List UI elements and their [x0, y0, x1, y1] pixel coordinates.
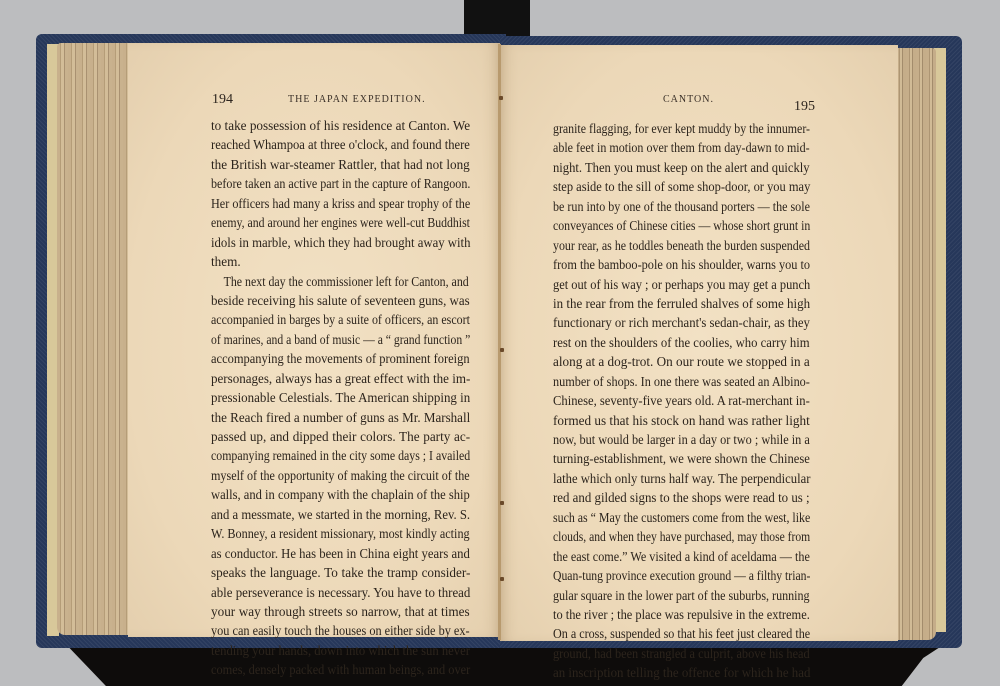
text-line: gular square in the lower part of the su…	[553, 586, 788, 605]
text-line: able perseverance is necessary. You have…	[211, 583, 464, 602]
stitch-mark	[499, 96, 503, 100]
text-line: before taken an active part in the captu…	[211, 174, 448, 193]
text-line: accompanying the movements of prominent …	[211, 349, 456, 368]
stitch-mark	[500, 501, 504, 505]
page-edges-left	[57, 43, 129, 635]
text-line: comes, densely packed with human beings,…	[211, 660, 453, 679]
text-line: accompanied in barges by a suite of offi…	[211, 310, 446, 329]
text-line: your way through streets so narrow, that…	[211, 602, 470, 621]
text-line: The next day the commissioner left for C…	[211, 272, 444, 291]
text-line: the British war-steamer Rattler, that ha…	[211, 155, 470, 174]
text-line: you can easily touch the houses on eithe…	[211, 621, 452, 640]
page-number-right: 195	[794, 99, 815, 115]
text-line: to the river ; the place was repulsive i…	[553, 605, 795, 624]
text-line: get out of his way ; or perhaps you may …	[553, 275, 795, 294]
text-line: Chinese, seventy-five years old. A rat-m…	[553, 391, 799, 410]
page-edges-right	[896, 48, 936, 640]
text-line: conveyances of Chinese cities — whose sh…	[553, 216, 784, 235]
text-line: myself of the opportunity of making the …	[211, 466, 449, 485]
text-line: and a messmate, we started in the mornin…	[211, 505, 460, 524]
stitch-mark	[500, 577, 504, 581]
book-scan: 194 THE JAPAN EXPEDITION. CANTON. 195 to…	[0, 0, 1000, 686]
text-line: able feet in motion over them from day-d…	[553, 138, 787, 157]
text-line: granite flagging, for ever kept muddy by…	[553, 119, 785, 138]
text-line: Her officers had many a kriss and spear …	[211, 194, 451, 213]
text-line: W. Bonney, a resident missionary, most k…	[211, 524, 450, 543]
text-line: clouds, and when they have purchased, ma…	[553, 527, 779, 546]
text-line: of marines, and a band of music — a “ gr…	[211, 330, 440, 349]
text-line: number of shops. In one there was seated…	[553, 372, 791, 391]
text-line: companying remained in the city some day…	[211, 446, 444, 465]
text-line: beside receiving his salute of seventeen…	[211, 291, 465, 310]
text-line: an inscription telling the offence for w…	[553, 663, 804, 682]
text-line: ground, had been strangled a culprit, ab…	[553, 644, 793, 663]
gutter	[498, 44, 501, 640]
text-line: functionary or rich merchant's sedan-cha…	[553, 313, 801, 332]
text-line: rest on the shoulders of the coolies, wh…	[553, 333, 800, 352]
text-line: in the rear from the ferruled shalves of…	[553, 294, 806, 313]
text-line: be run into by one of the thousand porte…	[553, 197, 788, 216]
text-line: now, but would be larger in a day or two…	[553, 430, 792, 449]
text-line: pressionable Celestials. The American sh…	[211, 388, 465, 407]
text-line: idols in marble, which they had brought …	[211, 233, 461, 252]
text-line: such as “ May the customers come from th…	[553, 508, 785, 527]
text-line: turning-establishment, we were shown the…	[553, 449, 799, 468]
text-line: the Reach fired a number of guns as Mr. …	[211, 408, 467, 427]
text-line: personages, always has a great effect wi…	[211, 369, 467, 388]
text-line: night. Then you must keep on the alert a…	[553, 158, 799, 177]
text-line: step aside to the sill of some shop-door…	[553, 177, 796, 196]
text-line: to take possession of his residence at C…	[211, 116, 470, 135]
running-head-right: CANTON.	[663, 94, 714, 110]
text-line: your rear, as he toddles beneath the bur…	[553, 236, 786, 255]
text-line: passed up, and dipped their colors. The …	[211, 427, 470, 446]
text-line: On a cross, suspended so that his feet j…	[553, 624, 789, 643]
text-line: along at a dog-trot. On our route we sto…	[553, 352, 810, 371]
running-head-left: THE JAPAN EXPEDITION.	[288, 94, 426, 110]
text-line: enemy, and around her engines were well-…	[211, 213, 442, 232]
text-line: red and gilded signs to the shops were r…	[553, 488, 804, 507]
text-line: tending your hands, down into which the …	[211, 641, 459, 660]
text-line: reached Whampoa at three o'clock, and fo…	[211, 135, 459, 154]
right-page-body: granite flagging, for ever kept muddy by…	[553, 119, 810, 683]
text-line: as conductor. He has been in China eight…	[211, 544, 460, 563]
text-line: lathe which only turns half way. The per…	[553, 469, 799, 488]
left-page-body: to take possession of his residence at C…	[211, 116, 470, 680]
stitch-mark	[500, 348, 504, 352]
text-line: speaks the language. To take the tramp c…	[211, 563, 470, 582]
text-line: them.	[211, 252, 470, 271]
text-line: from the bamboo-pole on his shoulder, wa…	[553, 255, 792, 274]
text-line: formed us that his stock on hand was rat…	[553, 411, 810, 430]
text-line: Quan-tung province execution ground — a …	[553, 566, 781, 585]
page-number-left: 194	[212, 92, 233, 108]
text-line: walls, and in company with the chaplain …	[211, 485, 458, 504]
text-line: the east come.” We visited a kind of ace…	[553, 547, 790, 566]
